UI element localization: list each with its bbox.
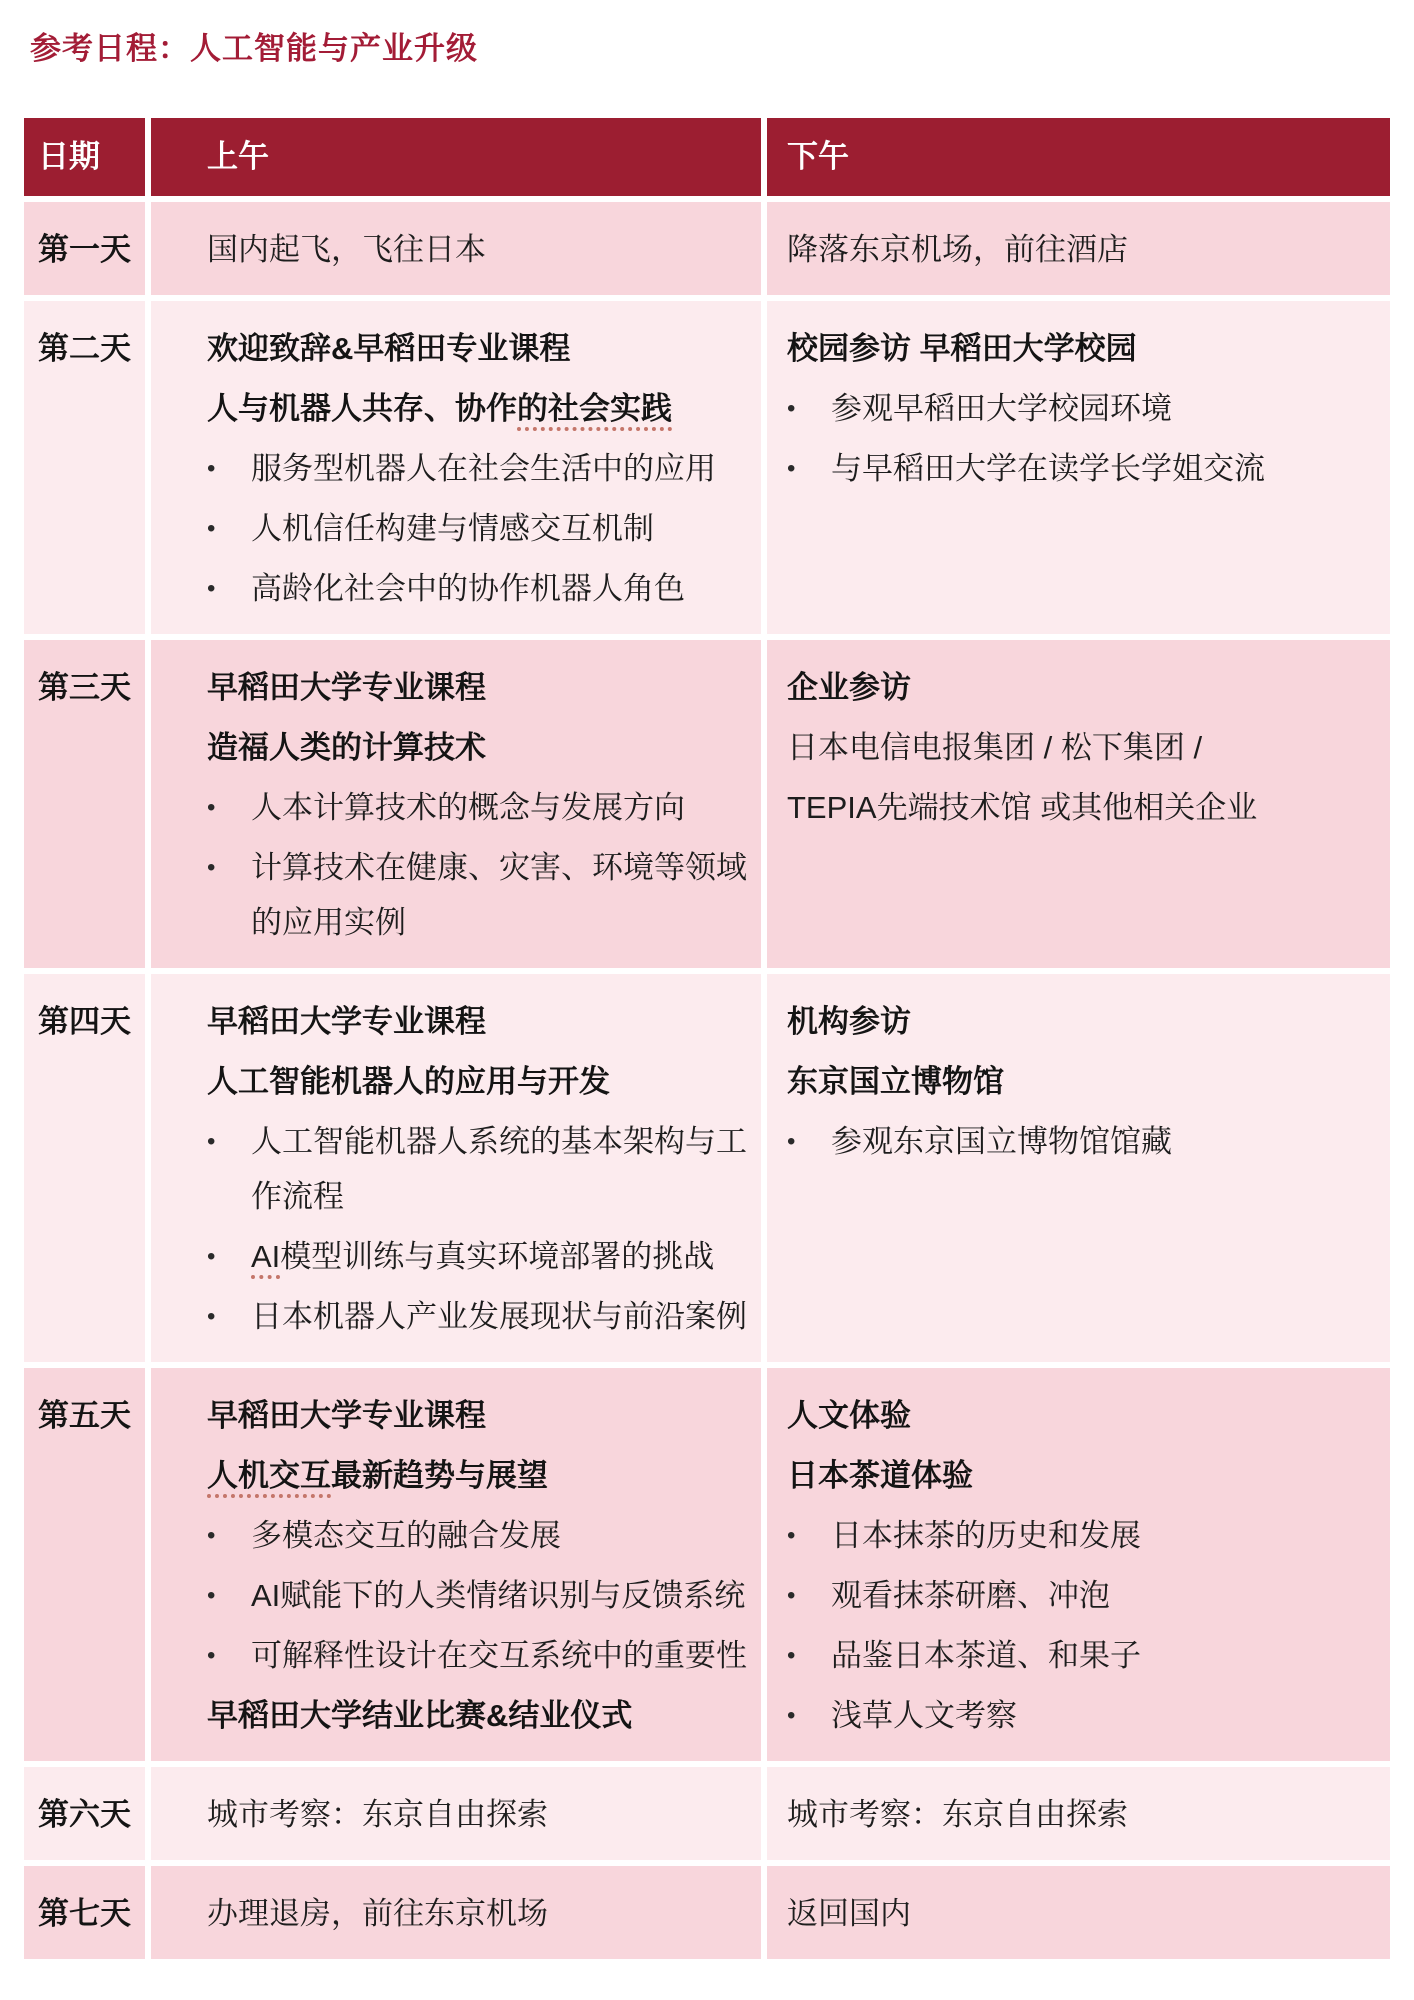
- bullet-line: •服务型机器人在社会生活中的应用: [207, 441, 749, 496]
- text-segment: 参观早稻田大学校园环境: [831, 391, 1172, 426]
- text-line: 日本电信电报集团 / 松下集团 /: [787, 720, 1378, 775]
- day-cell: 第四天: [24, 974, 145, 1362]
- bullet-text: 高龄化社会中的协作机器人角色: [251, 561, 749, 616]
- bullet-icon: •: [207, 501, 251, 556]
- afternoon-cell: 人文体验日本茶道体验•日本抹茶的历史和发展•观看抹茶研磨、冲泡•品鉴日本茶道、和…: [767, 1368, 1390, 1761]
- text-segment: 品鉴日本茶道、和果子: [831, 1638, 1141, 1673]
- bullet-line: •AI赋能下的人类情绪识别与反馈系统: [207, 1568, 749, 1623]
- text-line: 早稻田大学结业比赛&结业仪式: [207, 1688, 749, 1743]
- morning-cell: 国内起飞，飞往日本: [151, 202, 761, 295]
- morning-cell: 办理退房，前往东京机场: [151, 1866, 761, 1959]
- page: 参考日程：人工智能与产业升级 日期 上午 下午 第一天国内起飞，飞往日本降落东京…: [0, 0, 1414, 2000]
- bullet-line: •参观早稻田大学校园环境: [787, 381, 1378, 436]
- text-segment: TEPIA先端技术馆 或其他相关企业: [787, 790, 1257, 825]
- bullet-icon: •: [207, 441, 251, 496]
- morning-cell: 早稻田大学专业课程人工智能机器人的应用与开发•人工智能机器人系统的基本架构与工作…: [151, 974, 761, 1362]
- header-cell-date: 日期: [24, 118, 145, 196]
- bullet-text: 日本抹茶的历史和发展: [831, 1508, 1378, 1563]
- bullet-line: •参观东京国立博物馆馆藏: [787, 1114, 1378, 1169]
- dotted-underline-text: 人机交互: [207, 1458, 331, 1498]
- bullet-text: 计算技术在健康、灾害、环境等领域的应用实例: [251, 840, 749, 950]
- text-line: 东京国立博物馆: [787, 1054, 1378, 1109]
- page-title: 参考日程：人工智能与产业升级: [0, 0, 1414, 68]
- bullet-text: AI赋能下的人类情绪识别与反馈系统: [251, 1568, 749, 1623]
- afternoon-cell: 校园参访 早稻田大学校园•参观早稻田大学校园环境•与早稻田大学在读学长学姐交流: [767, 301, 1390, 634]
- text-line: 人工智能机器人的应用与开发: [207, 1054, 749, 1109]
- text-segment: 早稻田大学专业课程: [207, 1004, 486, 1039]
- text-segment: 返回国内: [787, 1896, 911, 1931]
- bullet-icon: •: [787, 1628, 831, 1683]
- text-line: 早稻田大学专业课程: [207, 660, 749, 715]
- bullet-icon: •: [207, 1508, 251, 1563]
- text-segment: 最新趋势与展望: [331, 1458, 548, 1493]
- text-line: 企业参访: [787, 660, 1378, 715]
- morning-cell: 城市考察：东京自由探索: [151, 1767, 761, 1860]
- text-segment: 早稻田大学专业课程: [207, 670, 486, 705]
- text-segment: 日本抹茶的历史和发展: [831, 1518, 1141, 1553]
- bullet-icon: •: [207, 1568, 251, 1623]
- bullet-text: 人工智能机器人系统的基本架构与工作流程: [251, 1114, 749, 1224]
- text-segment: 模型训练与真实环境部署的挑战: [280, 1239, 714, 1274]
- text-segment: 降落东京机场，前往酒店: [787, 232, 1128, 267]
- bullet-line: •人工智能机器人系统的基本架构与工作流程: [207, 1114, 749, 1224]
- text-line: 机构参访: [787, 994, 1378, 1049]
- day-cell: 第七天: [24, 1866, 145, 1959]
- bullet-icon: •: [787, 1568, 831, 1623]
- bullet-line: •品鉴日本茶道、和果子: [787, 1628, 1378, 1683]
- text-segment: AI赋能下的人类情绪识别与反馈系统: [251, 1578, 745, 1613]
- header-cell-morning: 上午: [151, 118, 761, 196]
- bullet-icon: •: [207, 561, 251, 616]
- text-segment: 与早稻田大学在读学长学姐交流: [831, 451, 1265, 486]
- afternoon-cell: 企业参访日本电信电报集团 / 松下集团 /TEPIA先端技术馆 或其他相关企业: [767, 640, 1390, 968]
- text-segment: 服务型机器人在社会生活中的应用: [251, 451, 716, 486]
- text-segment: 日本茶道体验: [787, 1458, 973, 1493]
- day-cell: 第六天: [24, 1767, 145, 1860]
- dotted-underline-text: AI: [251, 1239, 280, 1279]
- text-segment: 城市考察：东京自由探索: [207, 1797, 548, 1832]
- bullet-icon: •: [207, 780, 251, 835]
- bullet-text: 多模态交互的融合发展: [251, 1508, 749, 1563]
- text-segment: 参观东京国立博物馆馆藏: [831, 1124, 1172, 1159]
- text-segment: 计算技术在健康、灾害、环境等领域的应用实例: [251, 850, 747, 940]
- bullet-text: 参观东京国立博物馆馆藏: [831, 1114, 1378, 1169]
- bullet-text: 品鉴日本茶道、和果子: [831, 1628, 1378, 1683]
- text-line: 人与机器人共存、协作的社会实践: [207, 381, 749, 436]
- text-line: 国内起飞，飞往日本: [207, 222, 749, 277]
- bullet-line: •人机信任构建与情感交互机制: [207, 501, 749, 556]
- bullet-line: •人本计算技术的概念与发展方向: [207, 780, 749, 835]
- bullet-line: •日本机器人产业发展现状与前沿案例: [207, 1289, 749, 1344]
- text-line: 返回国内: [787, 1886, 1378, 1941]
- text-line: 造福人类的计算技术: [207, 720, 749, 775]
- text-line: 降落东京机场，前往酒店: [787, 222, 1378, 277]
- bullet-line: •高龄化社会中的协作机器人角色: [207, 561, 749, 616]
- bullet-icon: •: [787, 1508, 831, 1563]
- bullet-line: •观看抹茶研磨、冲泡: [787, 1568, 1378, 1623]
- bullet-text: 人本计算技术的概念与发展方向: [251, 780, 749, 835]
- text-segment: 早稻田大学专业课程: [207, 1398, 486, 1433]
- bullet-icon: •: [787, 1688, 831, 1743]
- bullet-icon: •: [207, 1628, 251, 1683]
- text-segment: 国内起飞，飞往日本: [207, 232, 486, 267]
- bullet-text: 人机信任构建与情感交互机制: [251, 501, 749, 556]
- bullet-line: •日本抹茶的历史和发展: [787, 1508, 1378, 1563]
- text-segment: 人工智能机器人的应用与开发: [207, 1064, 610, 1099]
- bullet-line: •与早稻田大学在读学长学姐交流: [787, 441, 1378, 496]
- bullet-text: 日本机器人产业发展现状与前沿案例: [251, 1289, 749, 1344]
- text-segment: 人本计算技术的概念与发展方向: [251, 790, 685, 825]
- text-segment: 人与机器人共存、协作: [207, 391, 517, 426]
- text-segment: 机构参访: [787, 1004, 911, 1039]
- text-segment: 造福人类的计算技术: [207, 730, 486, 765]
- text-segment: 多模态交互的融合发展: [251, 1518, 561, 1553]
- text-line: 校园参访 早稻田大学校园: [787, 321, 1378, 376]
- text-segment: 人工智能机器人系统的基本架构与工作流程: [251, 1124, 747, 1214]
- bullet-line: •AI模型训练与真实环境部署的挑战: [207, 1229, 749, 1284]
- text-line: 城市考察：东京自由探索: [787, 1787, 1378, 1842]
- bullet-line: •多模态交互的融合发展: [207, 1508, 749, 1563]
- text-line: 城市考察：东京自由探索: [207, 1787, 749, 1842]
- bullet-icon: •: [207, 840, 251, 950]
- text-segment: 日本机器人产业发展现状与前沿案例: [251, 1299, 747, 1334]
- morning-cell: 欢迎致辞&早稻田专业课程人与机器人共存、协作的社会实践•服务型机器人在社会生活中…: [151, 301, 761, 634]
- bullet-line: •可解释性设计在交互系统中的重要性: [207, 1628, 749, 1683]
- text-segment: 校园参访 早稻田大学校园: [787, 331, 1137, 366]
- day-cell: 第五天: [24, 1368, 145, 1761]
- bullet-text: 与早稻田大学在读学长学姐交流: [831, 441, 1378, 496]
- text-segment: 日本电信电报集团 / 松下集团 /: [787, 730, 1202, 765]
- morning-cell: 早稻田大学专业课程人机交互最新趋势与展望•多模态交互的融合发展•AI赋能下的人类…: [151, 1368, 761, 1761]
- text-line: TEPIA先端技术馆 或其他相关企业: [787, 780, 1378, 835]
- bullet-icon: •: [207, 1114, 251, 1224]
- text-segment: 早稻田大学结业比赛&结业仪式: [207, 1698, 632, 1733]
- day-cell: 第一天: [24, 202, 145, 295]
- text-line: 日本茶道体验: [787, 1448, 1378, 1503]
- bullet-text: 服务型机器人在社会生活中的应用: [251, 441, 749, 496]
- bullet-line: •计算技术在健康、灾害、环境等领域的应用实例: [207, 840, 749, 950]
- bullet-icon: •: [787, 441, 831, 496]
- bullet-text: 可解释性设计在交互系统中的重要性: [251, 1628, 749, 1683]
- text-segment: 企业参访: [787, 670, 911, 705]
- text-line: 早稻田大学专业课程: [207, 994, 749, 1049]
- day-cell: 第三天: [24, 640, 145, 968]
- text-segment: 高龄化社会中的协作机器人角色: [251, 571, 685, 606]
- text-line: 早稻田大学专业课程: [207, 1388, 749, 1443]
- afternoon-cell: 机构参访东京国立博物馆•参观东京国立博物馆馆藏: [767, 974, 1390, 1362]
- afternoon-cell: 返回国内: [767, 1866, 1390, 1959]
- bullet-text: 观看抹茶研磨、冲泡: [831, 1568, 1378, 1623]
- text-segment: 可解释性设计在交互系统中的重要性: [251, 1638, 747, 1673]
- header-cell-afternoon: 下午: [767, 118, 1390, 196]
- bullet-icon: •: [787, 381, 831, 436]
- schedule-table: 日期 上午 下午 第一天国内起飞，飞往日本降落东京机场，前往酒店第二天欢迎致辞&…: [24, 118, 1390, 1959]
- text-line: 人机交互最新趋势与展望: [207, 1448, 749, 1503]
- bullet-icon: •: [207, 1229, 251, 1284]
- dotted-underline-text: 的社会实践: [517, 391, 672, 431]
- afternoon-cell: 降落东京机场，前往酒店: [767, 202, 1390, 295]
- bullet-icon: •: [207, 1289, 251, 1344]
- text-segment: 观看抹茶研磨、冲泡: [831, 1578, 1110, 1613]
- text-segment: 办理退房，前往东京机场: [207, 1896, 548, 1931]
- text-segment: 人机信任构建与情感交互机制: [251, 511, 654, 546]
- afternoon-cell: 城市考察：东京自由探索: [767, 1767, 1390, 1860]
- morning-cell: 早稻田大学专业课程造福人类的计算技术•人本计算技术的概念与发展方向•计算技术在健…: [151, 640, 761, 968]
- text-segment: 人文体验: [787, 1398, 911, 1433]
- text-segment: 浅草人文考察: [831, 1698, 1017, 1733]
- bullet-text: 参观早稻田大学校园环境: [831, 381, 1378, 436]
- text-line: 人文体验: [787, 1388, 1378, 1443]
- text-line: 欢迎致辞&早稻田专业课程: [207, 321, 749, 376]
- bullet-text: AI模型训练与真实环境部署的挑战: [251, 1229, 749, 1284]
- bullet-line: •浅草人文考察: [787, 1688, 1378, 1743]
- day-cell: 第二天: [24, 301, 145, 634]
- bullet-text: 浅草人文考察: [831, 1688, 1378, 1743]
- text-line: 办理退房，前往东京机场: [207, 1886, 749, 1941]
- bullet-icon: •: [787, 1114, 831, 1169]
- text-segment: 东京国立博物馆: [787, 1064, 1004, 1099]
- text-segment: 城市考察：东京自由探索: [787, 1797, 1128, 1832]
- text-segment: 欢迎致辞&早稻田专业课程: [207, 331, 570, 366]
